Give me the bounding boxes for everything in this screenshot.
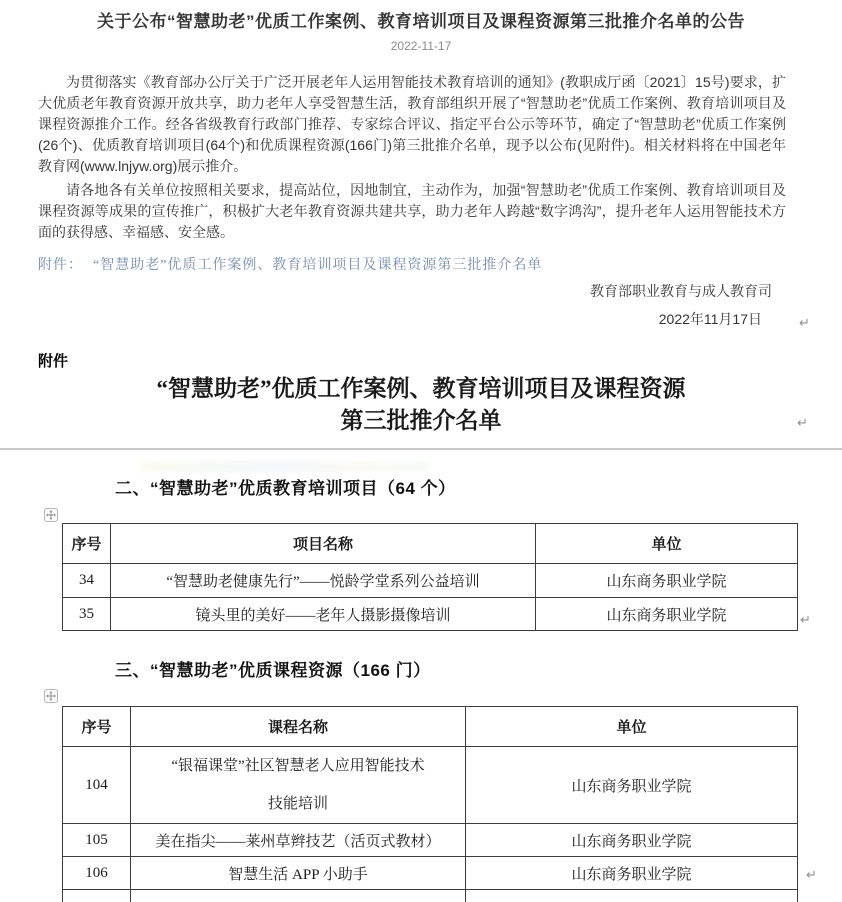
section-heading-courses: 三、“智慧助老”优质课程资源（166 门） [115, 656, 431, 681]
attachment-link[interactable]: “智慧助老”优质工作案例、教育培训项目及课程资源第三批推介名单 [93, 258, 542, 273]
cell-no: 34 [63, 564, 111, 598]
col-header-course-name: 课程名称 [131, 707, 466, 747]
section-heading-training: 二、“智慧助老”优质教育培训项目（64 个） [115, 474, 456, 499]
cell-unit: 山东商务职业学院 [466, 857, 798, 890]
document-page: 关于公布“智慧助老”优质工作案例、教育培训项目及课程资源第三批推介名单的公告 2… [0, 0, 842, 902]
col-header-unit: 单位 [536, 524, 798, 564]
notice-title: 关于公布“智慧助老”优质工作案例、教育培训项目及课程资源第三批推介名单的公告 [0, 7, 842, 32]
table-header-row: 序号 课程名称 单位 [63, 707, 798, 747]
cell-unit [466, 890, 798, 902]
notice-paragraph-1: 为贯彻落实《教育部办公厅关于广泛开展老年人运用智能技术教育培训的通知》(教职成厅… [38, 72, 786, 177]
table-row: 35 镜头里的美好——老年人摄影摄像培训 山东商务职业学院 [63, 598, 798, 631]
paragraph-mark-icon: ↵ [797, 417, 808, 430]
cell-unit: 山东商务职业学院 [466, 747, 798, 824]
cell-no [63, 890, 131, 902]
faint-watermark-artifact [140, 461, 430, 472]
col-header-no: 序号 [63, 707, 131, 747]
table-header-row: 序号 项目名称 单位 [63, 524, 798, 564]
cell-course-name: 美在指尖——莱州草辫技艺（活页式教材） [131, 824, 466, 857]
course-resources-table: 序号 课程名称 单位 104 “银福课堂”社区智慧老人应用智能技术 技能培训 山… [62, 706, 798, 902]
table-row-partial [63, 890, 798, 902]
table-row: 34 “智慧助老健康先行”——悦龄学堂系列公益培训 山东商务职业学院 [63, 564, 798, 598]
issuing-department: 教育部职业教育与成人教育司 [0, 281, 772, 301]
training-projects-table: 序号 项目名称 单位 34 “智慧助老健康先行”——悦龄学堂系列公益培训 山东商… [62, 523, 798, 631]
annex-title-line2: 第三批推介名单 [0, 405, 842, 437]
annex-title: “智慧助老”优质工作案例、教育培训项目及课程资源 第三批推介名单 [0, 373, 842, 437]
cell-project-name: 镜头里的美好——老年人摄影摄像培训 [111, 598, 536, 631]
attachment-label: 附件： [38, 258, 83, 273]
cell-no: 106 [63, 857, 131, 890]
paragraph-mark-icon: ↵ [806, 869, 817, 882]
attachment-line: 附件：“智慧助老”优质工作案例、教育培训项目及课程资源第三批推介名单 [38, 254, 798, 274]
annex-label: 附件 [38, 350, 68, 371]
cell-project-name: “智慧助老健康先行”——悦龄学堂系列公益培训 [111, 564, 536, 598]
four-way-arrow-icon [46, 510, 56, 520]
four-way-arrow-icon [46, 691, 56, 701]
cell-unit: 山东商务职业学院 [466, 824, 798, 857]
table-row: 105 美在指尖——莱州草辫技艺（活页式教材） 山东商务职业学院 [63, 824, 798, 857]
cell-no: 105 [63, 824, 131, 857]
annex-title-line1: “智慧助老”优质工作案例、教育培训项目及课程资源 [0, 373, 842, 405]
col-header-project-name: 项目名称 [111, 524, 536, 564]
table-row: 104 “银福课堂”社区智慧老人应用智能技术 技能培训 山东商务职业学院 [63, 747, 798, 824]
paragraph-mark-icon: ↵ [799, 317, 810, 330]
table-move-handle[interactable] [44, 689, 58, 703]
cell-unit: 山东商务职业学院 [536, 598, 798, 631]
cell-no: 35 [63, 598, 111, 631]
col-header-no: 序号 [63, 524, 111, 564]
paragraph-mark-icon: ↵ [800, 614, 811, 627]
issuing-date: 2022年11月17日 [0, 309, 762, 329]
table-move-handle[interactable] [44, 508, 58, 522]
cell-no: 104 [63, 747, 131, 824]
notice-paragraph-2: 请各地各有关单位按照相关要求，提高站位，因地制宜，主动作为，加强“智慧助老”优质… [38, 180, 786, 243]
page-divider [0, 448, 842, 450]
notice-publish-date: 2022-11-17 [0, 39, 842, 53]
col-header-unit: 单位 [466, 707, 798, 747]
table-row: 106 智慧生活 APP 小助手 山东商务职业学院 [63, 857, 798, 890]
cell-course-name: 智慧生活 APP 小助手 [131, 857, 466, 890]
cell-course-name [131, 890, 466, 902]
cell-unit: 山东商务职业学院 [536, 564, 798, 598]
cell-course-name: “银福课堂”社区智慧老人应用智能技术 技能培训 [131, 747, 466, 824]
